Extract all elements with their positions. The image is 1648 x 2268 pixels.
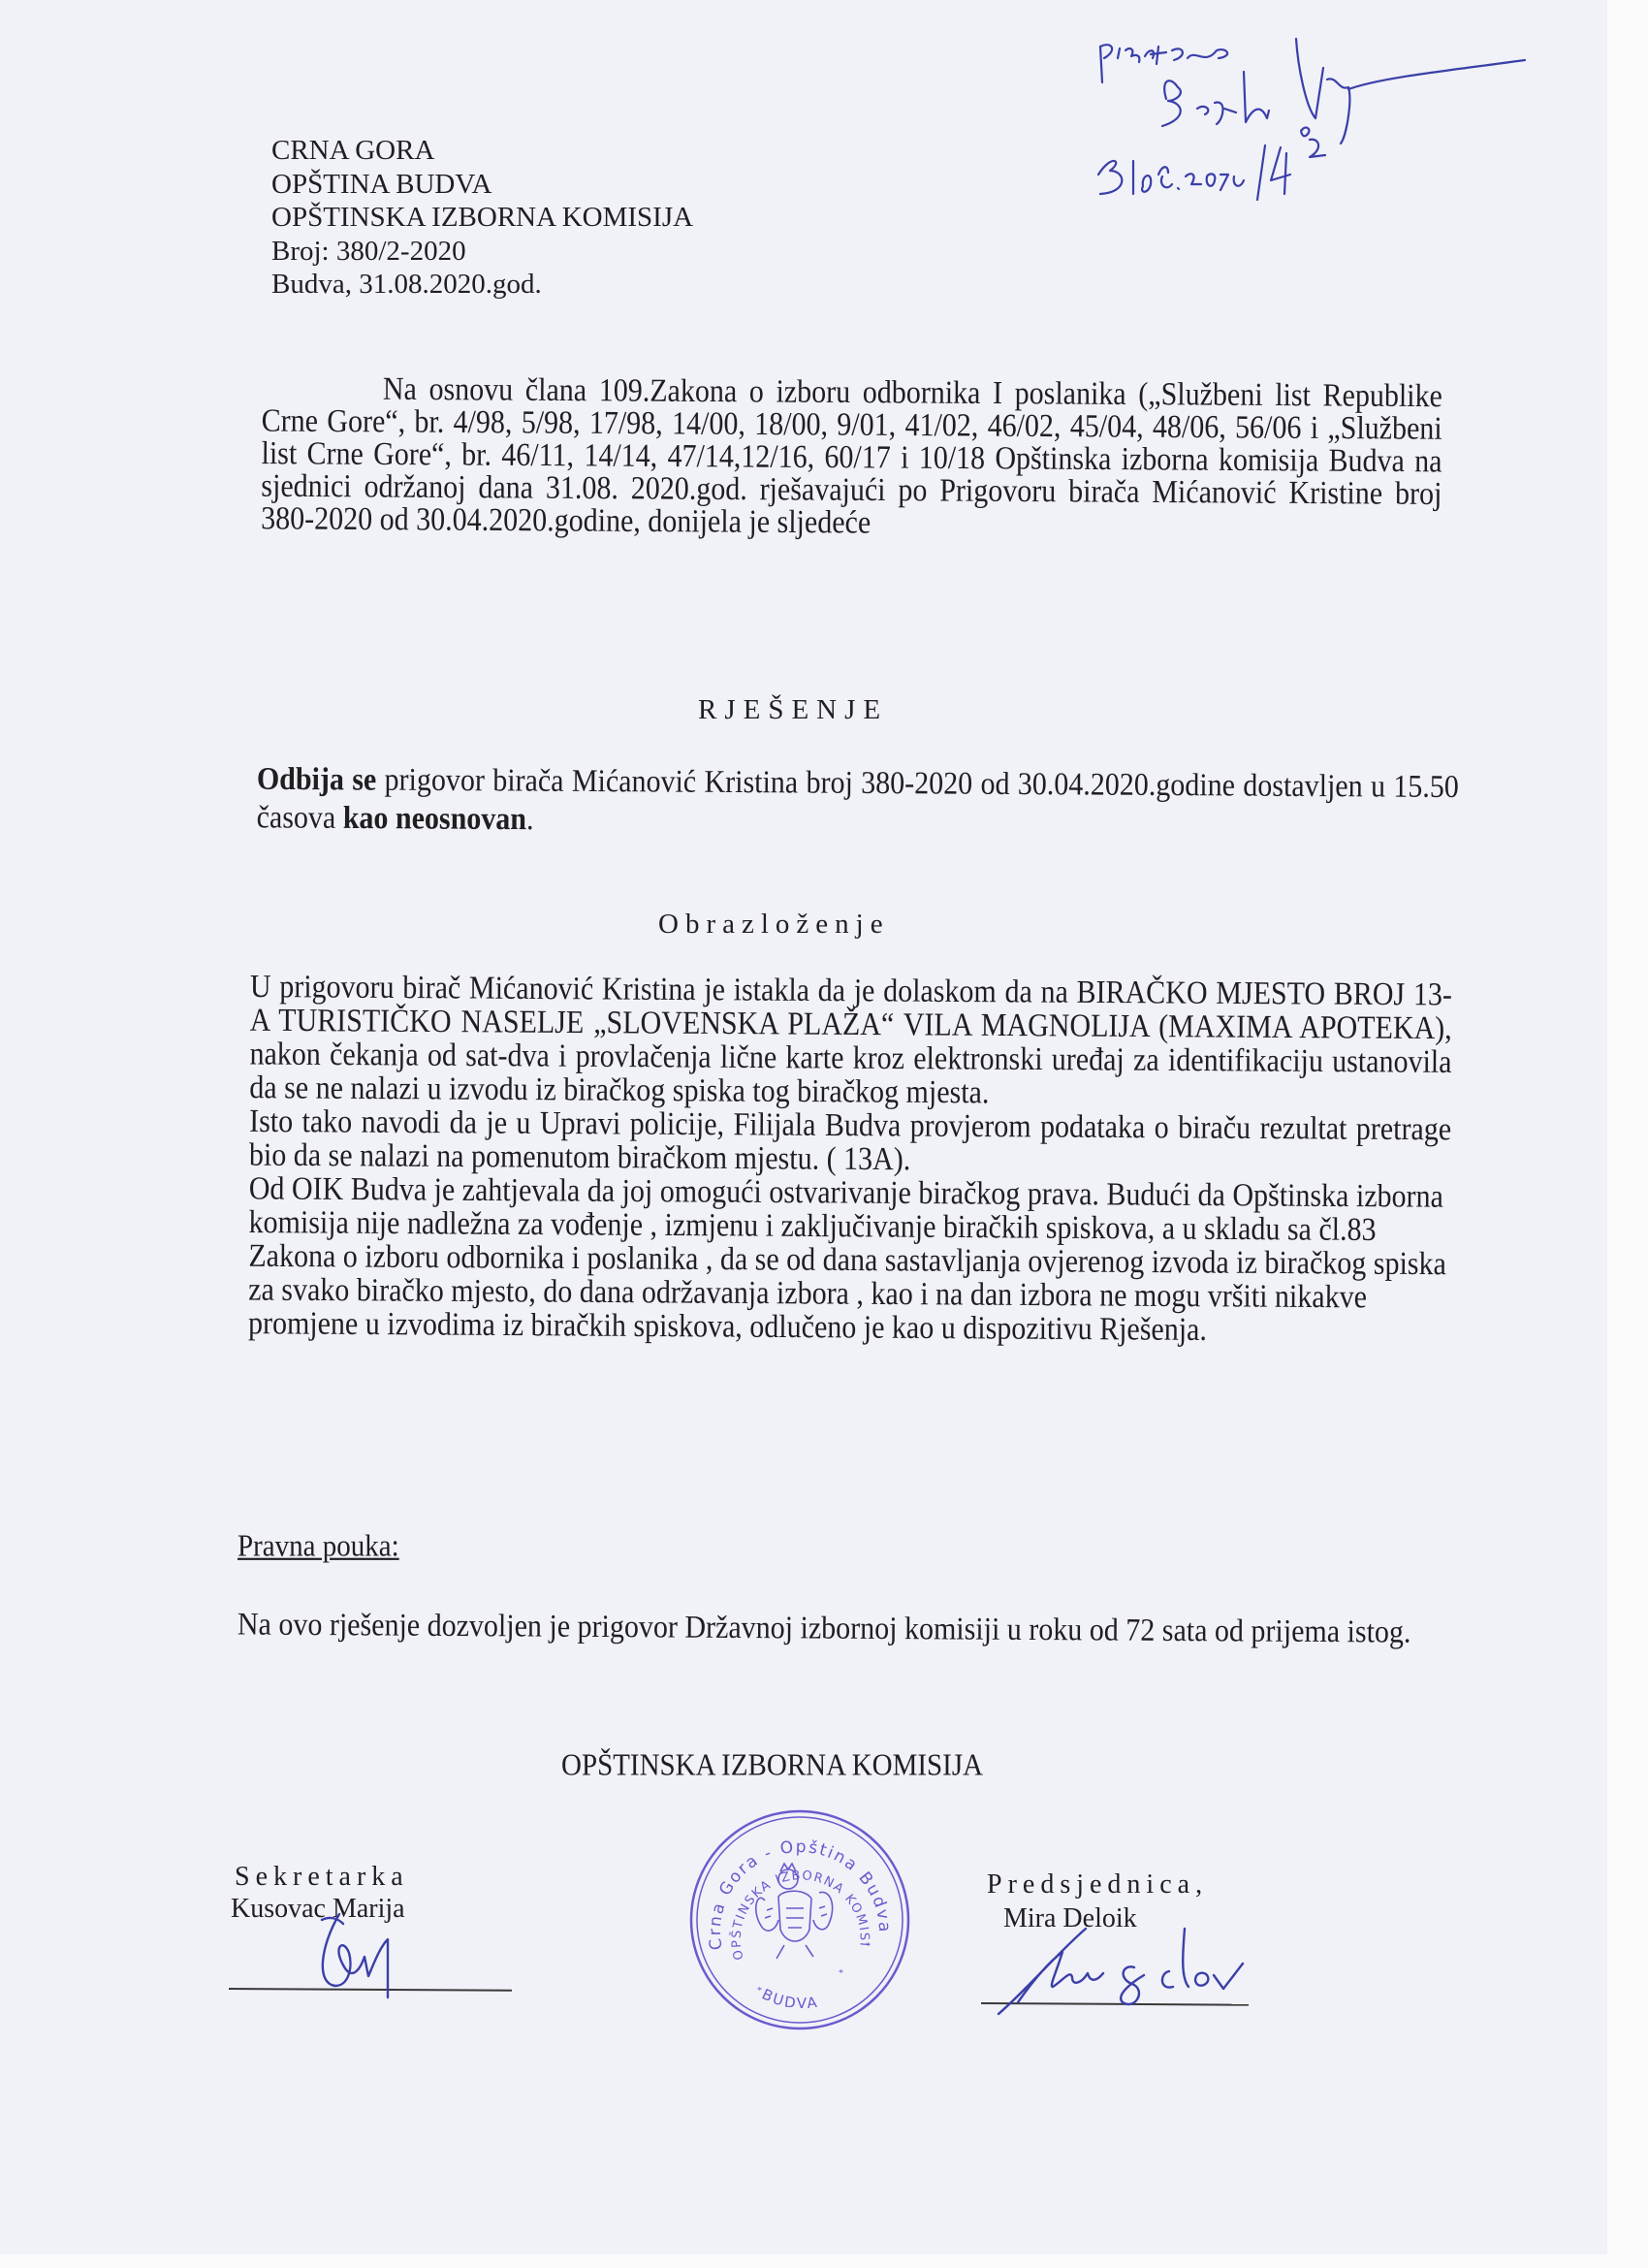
secretary-role: Sekretarka xyxy=(235,1862,409,1893)
scan-margin-bottom xyxy=(0,2254,1648,2268)
official-stamp: Crna Gora - Opština Budva OPŠTINSKA IZBO… xyxy=(683,1804,916,2036)
signature-scribble-icon xyxy=(310,1908,427,2000)
footer-commission-name: OPŠTINSKA IZBORNA KOMISIJA xyxy=(561,1748,983,1783)
header-commission: OPŠTINSKA IZBORNA KOMISIJA xyxy=(271,201,693,235)
handwritten-receipt-note xyxy=(1091,29,1546,204)
decision-title: RJEŠENJE xyxy=(698,694,888,726)
decision-bold-start: Odbija se xyxy=(257,761,377,797)
reasoning-paragraph: Isto tako navodi da je u Upravi policije… xyxy=(249,1104,1451,1180)
president-signature xyxy=(989,1925,1299,2022)
decision-end: . xyxy=(526,802,534,837)
president-role: Predsjednica, xyxy=(987,1869,1208,1901)
signature-scribble-icon xyxy=(989,1925,1299,2022)
svg-text:BUDVA: BUDVA xyxy=(759,1985,820,2012)
reasoning-paragraph: U prigovoru birač Mićanović Kristina je … xyxy=(249,970,1452,1112)
header-number: Broj: 380/2-2020 xyxy=(271,235,693,269)
legal-notice-label: Pravna pouka: xyxy=(238,1529,399,1564)
handwriting-scribble-icon xyxy=(1091,29,1546,204)
reasoning-section: U prigovoru birač Mićanović Kristina je … xyxy=(248,970,1452,1348)
decision-text: Odbija se prigovor birača Mićanović Kris… xyxy=(257,760,1459,846)
header-municipality: OPŠTINA BUDVA xyxy=(271,168,693,202)
svg-text:*: * xyxy=(757,1986,762,1996)
decision-bold-end: kao neosnovan xyxy=(343,800,526,837)
svg-text:*: * xyxy=(839,1968,843,1979)
intro-paragraph: Na osnovu člana 109.Zakona o izboru odbo… xyxy=(261,372,1442,543)
decision-paragraph: Odbija se prigovor birača Mićanović Kris… xyxy=(257,760,1459,846)
svg-text:*: * xyxy=(866,1941,871,1952)
reasoning-title: Obrazloženje xyxy=(658,909,890,941)
reasoning-paragraph: Od OIK Budva je zahtjevala da joj omoguć… xyxy=(248,1171,1451,1348)
intro-text: Na osnovu člana 109.Zakona o izboru odbo… xyxy=(261,372,1442,543)
secretary-signature xyxy=(310,1908,427,2000)
header-date: Budva, 31.08.2020.god. xyxy=(271,268,693,302)
document-header: CRNA GORA OPŠTINA BUDVA OPŠTINSKA IZBORN… xyxy=(271,134,693,302)
header-country: CRNA GORA xyxy=(271,134,693,168)
scan-margin xyxy=(1607,0,1648,2268)
stamp-bottom-text: BUDVA xyxy=(759,1985,820,2012)
stamp-seal-icon: Crna Gora - Opština Budva OPŠTINSKA IZBO… xyxy=(683,1804,916,2036)
